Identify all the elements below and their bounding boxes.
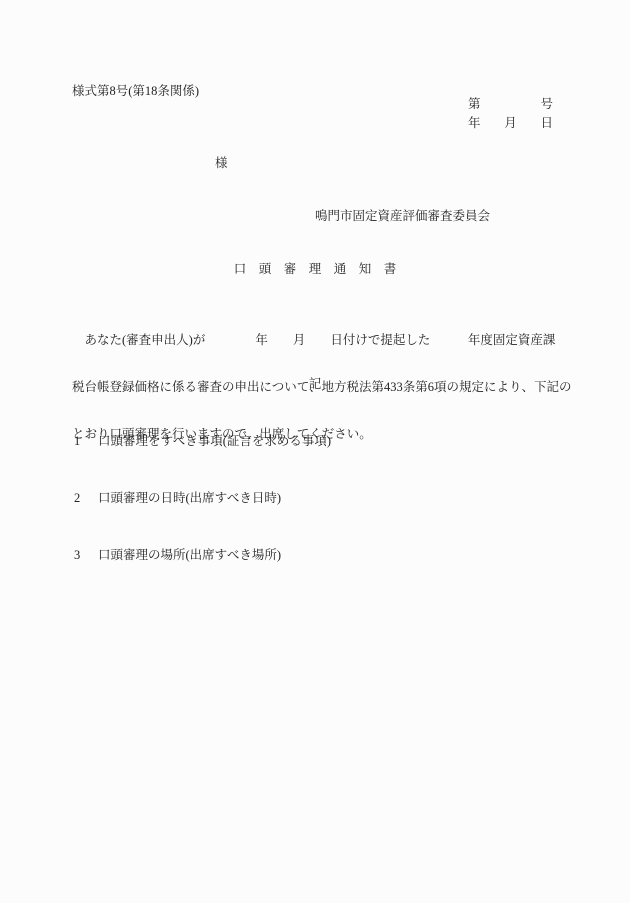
sender-name: 鳴門市固定資産評価審査委員会 <box>315 209 490 223</box>
document-title: 口 頭 審 理 通 知 書 <box>0 262 630 276</box>
date-day-label: 日 <box>540 116 553 130</box>
date-year-label: 年 <box>468 116 481 130</box>
item-3-number: 3 <box>74 548 98 562</box>
item-1-number: 1 <box>74 434 98 448</box>
record-marker: 記 <box>0 377 630 391</box>
document-page: 様式第8号(第18条関係) 第 号 年 月 日 様 鳴門市固定資産評価審査委員会… <box>0 0 630 903</box>
list-item-1: 1 口頭審理をすべき事項(証言を求める事項) <box>74 434 331 448</box>
item-1-label: 口頭審理をすべき事項(証言を求める事項) <box>98 434 331 448</box>
item-3-label: 口頭審理の場所(出席すべき場所) <box>98 548 281 562</box>
item-2-number: 2 <box>74 491 98 505</box>
recipient-honorific: 様 <box>215 156 228 170</box>
doc-number-suffix: 号 <box>540 97 553 111</box>
list-item-3: 3 口頭審理の場所(出席すべき場所) <box>74 548 281 562</box>
body-line-1: あなた(審査申出人)が 年 月 日付けで提起した 年度固定資産課 <box>72 331 566 350</box>
date-month-label: 月 <box>504 116 517 130</box>
date-line: 年 月 日 <box>468 116 553 130</box>
item-2-label: 口頭審理の日時(出席すべき日時) <box>98 491 281 505</box>
document-number-line: 第 号 <box>468 97 553 111</box>
list-item-2: 2 口頭審理の日時(出席すべき日時) <box>74 491 281 505</box>
doc-number-prefix: 第 <box>468 97 481 111</box>
form-number: 様式第8号(第18条関係) <box>72 84 199 98</box>
